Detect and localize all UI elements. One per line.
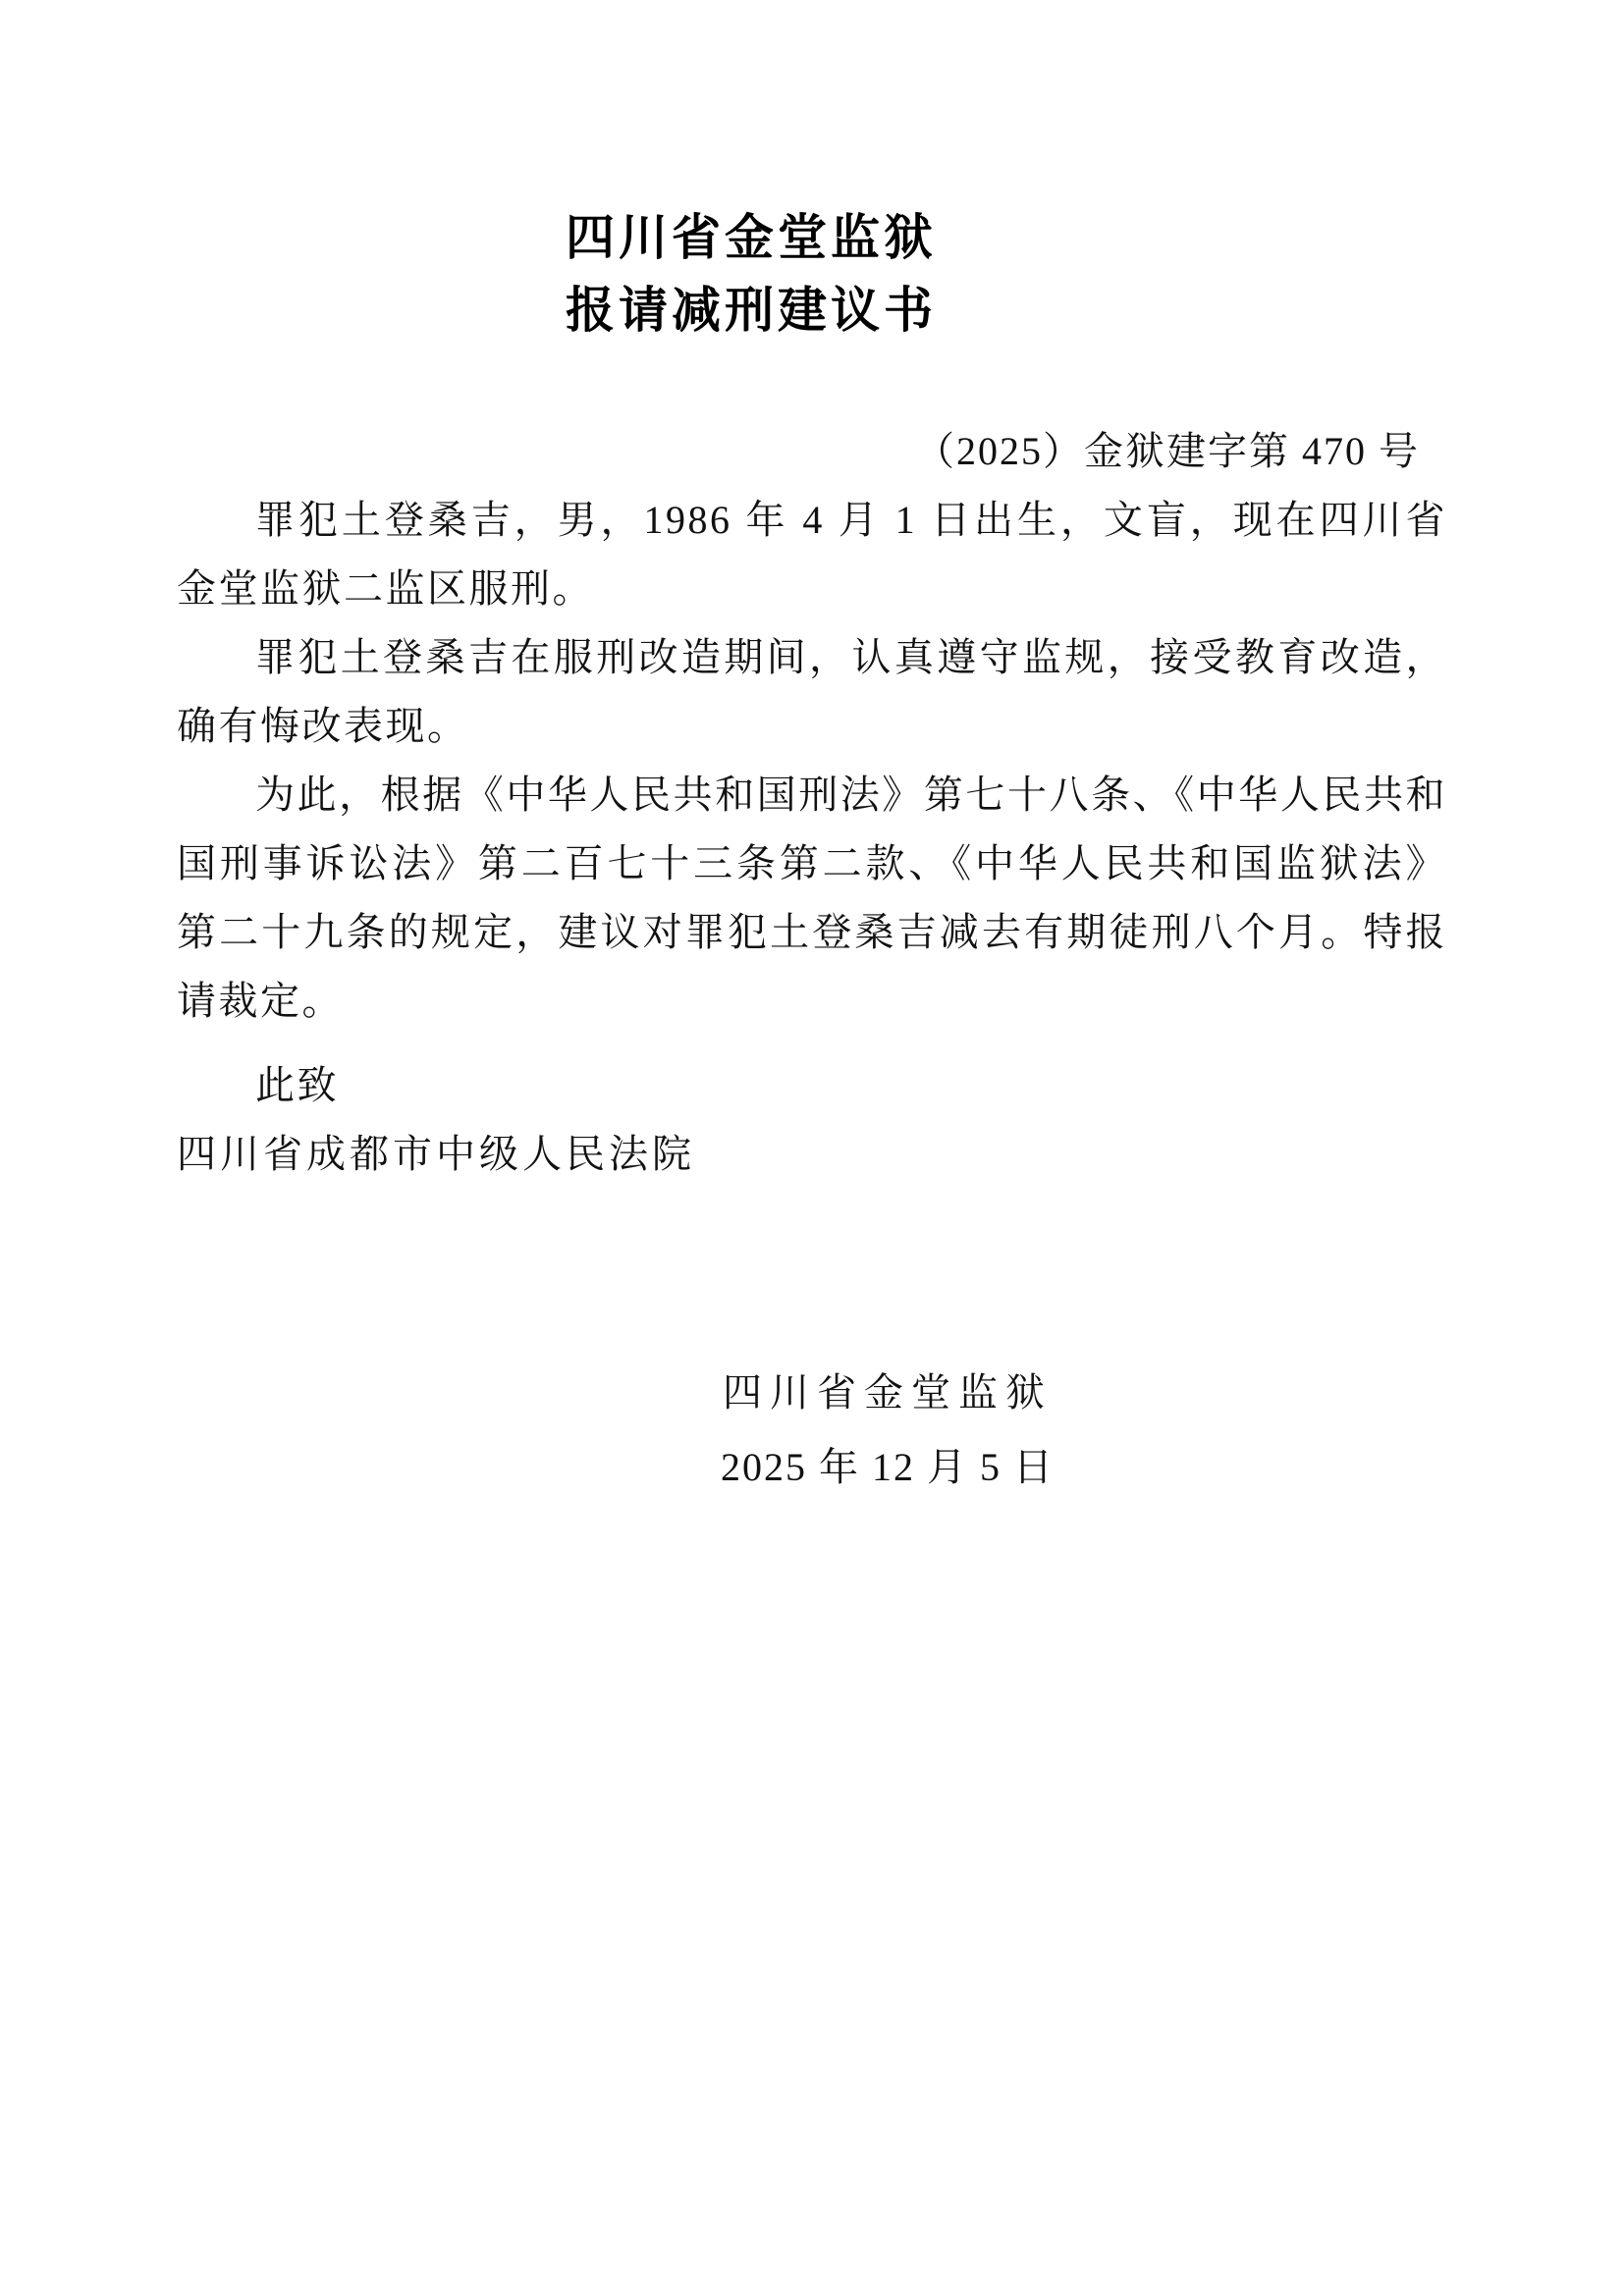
document-page: 四川省金堂监狱 报请减刑建议书 （2025）金狱建字第 470 号 罪犯土登桑吉… — [0, 0, 1624, 2296]
document-number: （2025）金狱建字第 470 号 — [177, 417, 1447, 486]
paragraph-reform-performance: 罪犯土登桑吉在服刑改造期间，认真遵守监规，接受教育改造，确有悔改表现。 — [177, 623, 1447, 761]
paragraph-legal-basis-and-proposal: 为此，根据《中华人民共和国刑法》第七十八条、《中华人民共和国刑事诉讼法》第二百七… — [177, 761, 1447, 1036]
document-title: 四川省金堂监狱 报请减刑建议书 — [116, 201, 1386, 347]
document-title-line2: 报请减刑建议书 — [116, 274, 1386, 347]
document-title-line1: 四川省金堂监狱 — [116, 201, 1386, 274]
signature-date: 2025 年 12 月 5 日 — [721, 1430, 1055, 1505]
salutation: 此致 — [177, 1051, 1447, 1120]
signature-org: 四川省金堂监狱 — [721, 1356, 1055, 1430]
paragraph-offender-info: 罪犯土登桑吉，男，1986 年 4 月 1 日出生，文盲，现在四川省金堂监狱二监… — [177, 486, 1447, 623]
recipient-court: 四川省成都市中级人民法院 — [177, 1120, 1447, 1189]
signature-block: 四川省金堂监狱 2025 年 12 月 5 日 — [721, 1356, 1055, 1505]
